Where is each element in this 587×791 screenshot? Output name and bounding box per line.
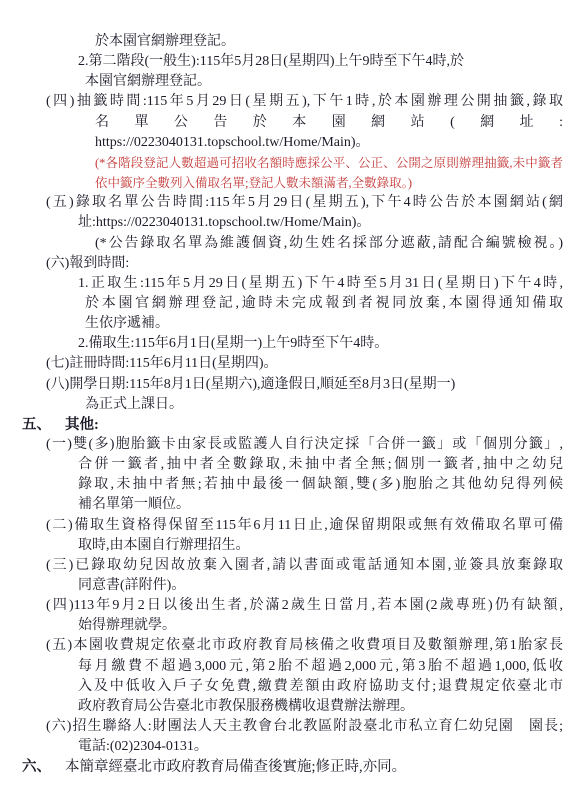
doc-line: (八)開學日期:115年8月1日(星期六),適逢假日,順延至8月3日(星期一): [0, 375, 563, 395]
doc-line: 1.正取生:115年5月29日(星期五)下午4時至5月31日(星期日)下午4時,: [0, 274, 563, 294]
doc-line: 於本園官網辦理登記,逾時未完成報到者視同放棄,本園得通知備取: [0, 294, 563, 314]
doc-line: (二)備取生資格得保留至115年6月11日止,逾保留期限或無有效備取名單可備: [0, 516, 563, 536]
doc-line: 為正式上課日。: [0, 395, 563, 415]
doc-line: (五)本園收費規定依臺北市政府教育局核備之收費項目及數額辦理,第1胎家長: [0, 636, 563, 656]
doc-line: (*公告錄取名單為維護個資,幼生姓名採部分遮蔽,請配合編號檢視。): [0, 234, 563, 254]
doc-line: 入及中低收入戶子女免費,繳費差額由政府協助支付;退費規定依臺北市: [0, 677, 563, 697]
section-heading-6: 六、本簡章經臺北市政府教育局備查後實施;修正時,亦同。: [0, 757, 563, 777]
section-number: 五、: [22, 417, 51, 433]
doc-line: 取時,由本園自行辦理招生。: [0, 536, 563, 556]
doc-line: (三)已錄取幼兒因故放棄入園者,請以書面或電話通知本園,並簽具放棄錄取: [0, 556, 563, 576]
doc-line: 始得辦理就學。: [0, 616, 563, 636]
doc-line: https://0223040131.topschool.tw/Home/Mai…: [0, 133, 563, 153]
section-number: 六、: [22, 759, 51, 775]
doc-line: 生依序遞補。: [0, 314, 563, 334]
doc-line: 補名單第一順位。: [0, 495, 563, 515]
doc-line: 於本園官網辦理登記。: [0, 32, 563, 52]
doc-line: (一)雙(多)胞胎籤卡由家長或監護人自行決定採「合併一籤」或「個別分籤」,: [0, 435, 563, 455]
doc-line: (七)註冊時間:115年6月11日(星期四)。: [0, 354, 563, 374]
doc-line: (四)113年9月2日以後出生者,於滿2歲生日當月,若本園(2歲專班)仍有缺額,: [0, 596, 563, 616]
doc-line: 依中籤序全數列入備取名單;登記人數未額滿者,全數錄取。): [0, 173, 563, 193]
doc-line: 錄取,未抽中者無;若抽中最後一個缺額,雙(多)胞胎之其他幼兒得列候: [0, 475, 563, 495]
doc-line: (六)招生聯絡人:財團法人天主教會台北教區附設臺北市私立育仁幼兒園 園長;: [0, 717, 563, 737]
doc-line: (四)抽籤時間:115年5月29日(星期五),下午1時,於本園辦理公開抽籤,錄取: [0, 92, 563, 112]
doc-line: (五)錄取名單公告時間:115年5月29日(星期五),下午4時公告於本園網站(網: [0, 193, 563, 213]
doc-line: 同意書(詳附件)。: [0, 576, 563, 596]
doc-line: 2.第二階段(一般生):115年5月28日(星期四)上午9時至下午4時,於: [0, 52, 563, 72]
doc-line: 2.備取生:115年6月1日(星期一)上午9時至下午4時。: [0, 334, 563, 354]
doc-line: (*各階段登記人數超過可招收名額時應採公平、公正、公開之原則辦理抽籤,未中籤者: [0, 153, 563, 173]
doc-line: 名單公告於本園網站(網址:: [0, 113, 563, 133]
doc-line: 合併一籤者,抽中者全數錄取,未抽中者全無;個別一籤者,抽中之幼兒: [0, 455, 563, 475]
section-heading-5: 五、其他:: [0, 415, 563, 435]
doc-line: (六)報到時間:: [0, 254, 563, 274]
section-text: 其他:: [65, 417, 99, 433]
doc-line: 址:https://0223040131.topschool.tw/Home/M…: [0, 213, 563, 233]
section-text: 本簡章經臺北市政府教育局備查後實施;修正時,亦同。: [65, 759, 406, 775]
doc-line: 每月繳費不超過3,000元,第2胎不超過2,000元,第3胎不超過1,000,低…: [0, 657, 563, 677]
doc-line: 政府教育局公告臺北市教保服務機構收退費辦法辦理。: [0, 697, 563, 717]
doc-line: 本園官網辦理登記。: [0, 72, 563, 92]
doc-line: 電話:(02)2304-0131。: [0, 737, 563, 757]
document-body: 於本園官網辦理登記。2.第二階段(一般生):115年5月28日(星期四)上午9時…: [0, 32, 587, 778]
document-page: 於本園官網辦理登記。2.第二階段(一般生):115年5月28日(星期四)上午9時…: [0, 0, 587, 791]
